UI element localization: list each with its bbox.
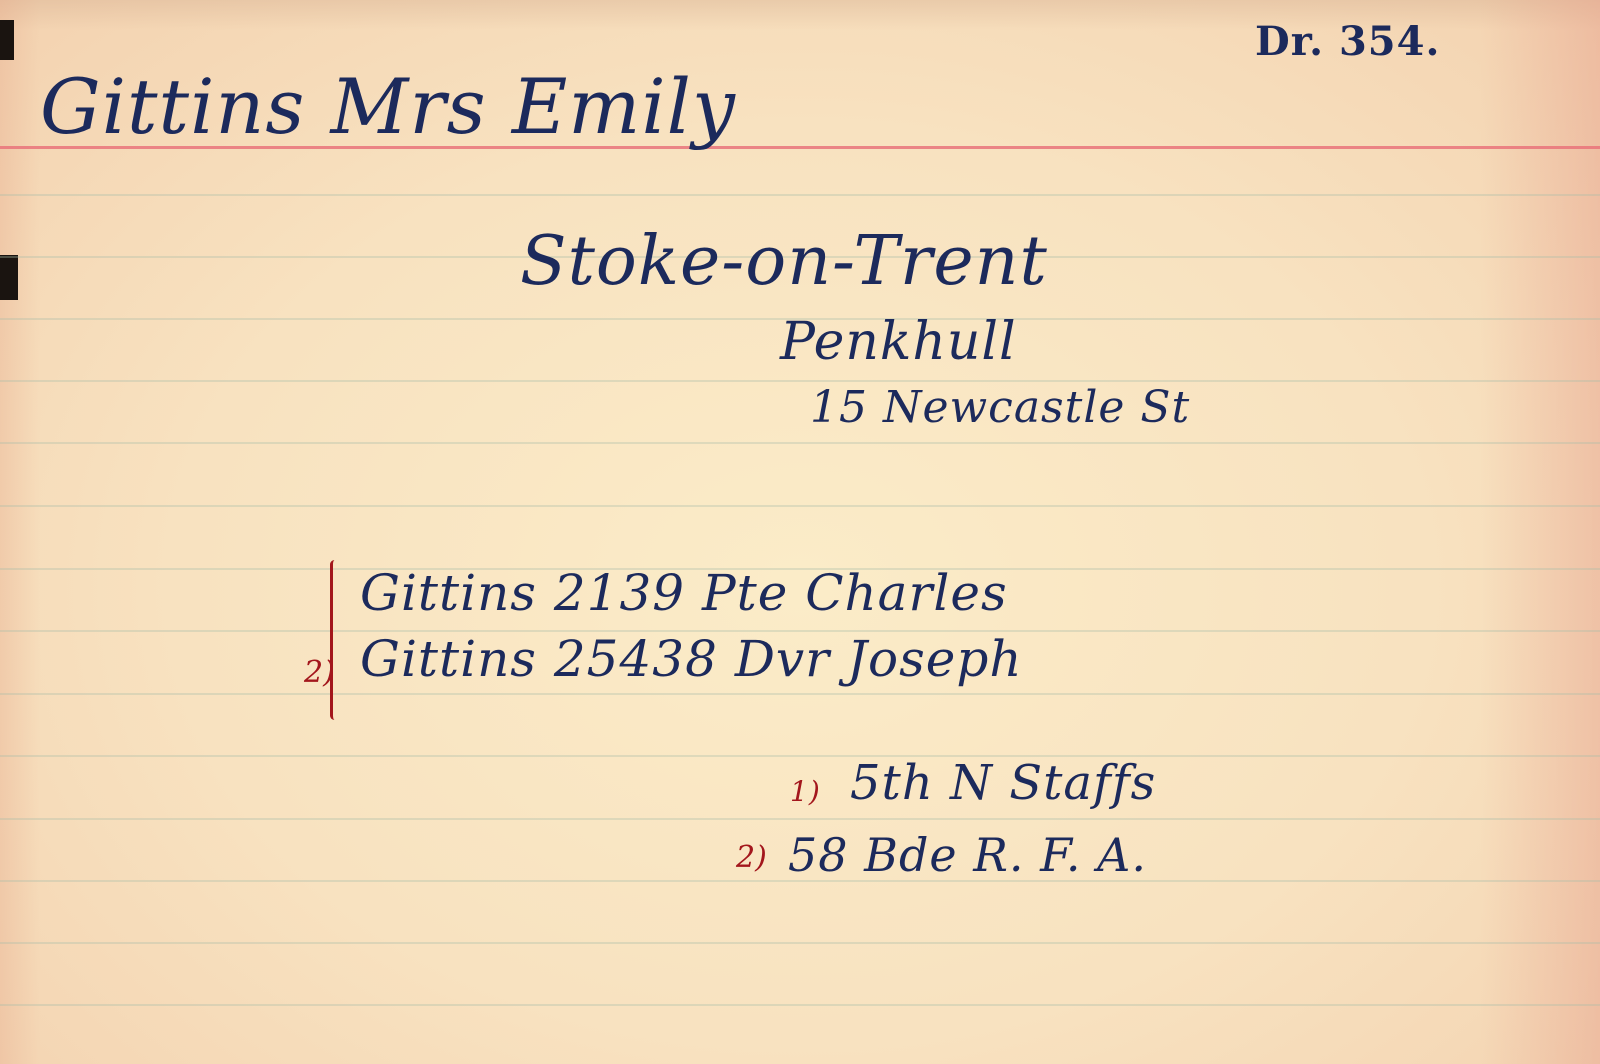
unit-row: 58 Bde R. F. A. bbox=[788, 828, 1147, 882]
reference-number: Dr. 354. bbox=[1255, 18, 1440, 65]
address-district: Penkhull bbox=[780, 312, 1017, 372]
ruled-line bbox=[0, 194, 1600, 196]
ruled-line bbox=[0, 505, 1600, 507]
card-edge-damage bbox=[0, 20, 14, 60]
unit-marker-blue: 1) bbox=[790, 775, 821, 808]
address-street: 15 Newcastle St bbox=[810, 382, 1190, 433]
ruled-line bbox=[0, 442, 1600, 444]
card-edge-damage bbox=[0, 255, 18, 300]
entry-marker: 2) bbox=[304, 655, 335, 690]
unit-row: 5th N Staffs bbox=[850, 755, 1156, 811]
entries-brace bbox=[330, 560, 339, 720]
entry-row: Gittins 2139 Pte Charles bbox=[360, 564, 1008, 622]
index-card: Dr. 354. Gittins Mrs Emily Stoke-on-Tren… bbox=[0, 0, 1600, 1064]
address-town: Stoke-on-Trent bbox=[520, 222, 1048, 301]
ruled-line bbox=[0, 693, 1600, 695]
unit-marker: 2) bbox=[736, 840, 767, 875]
entry-row: Gittins 25438 Dvr Joseph bbox=[360, 630, 1023, 688]
card-name: Gittins Mrs Emily bbox=[40, 62, 736, 151]
ruled-line bbox=[0, 942, 1600, 944]
ruled-line bbox=[0, 755, 1600, 757]
ruled-line bbox=[0, 1004, 1600, 1006]
ruled-line bbox=[0, 818, 1600, 820]
ruled-line bbox=[0, 380, 1600, 382]
